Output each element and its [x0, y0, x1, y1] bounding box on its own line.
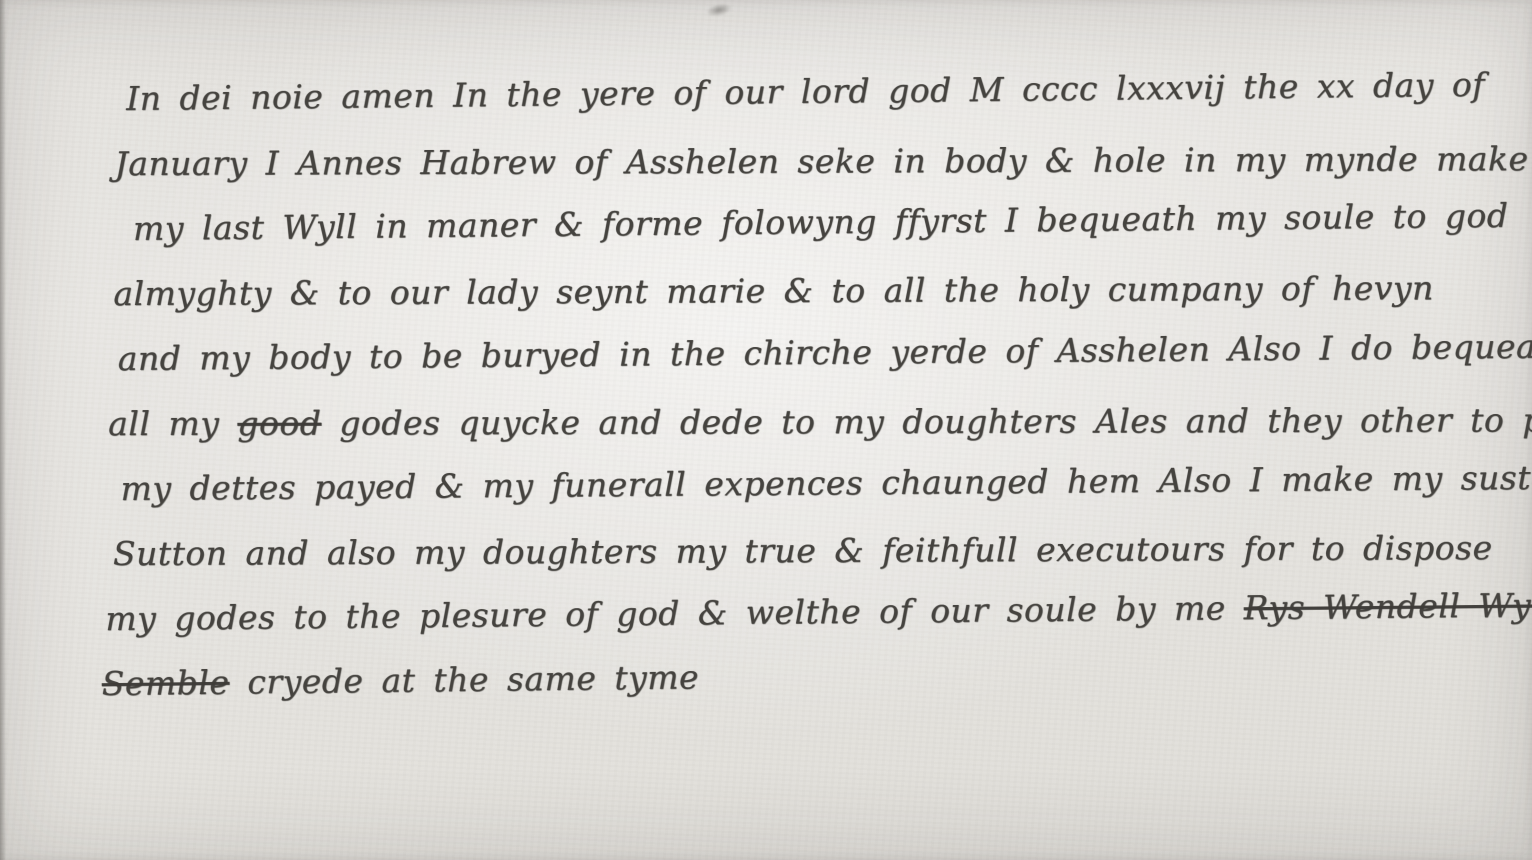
handwritten-text: my godes to the plesure of god & welthe … [105, 588, 1244, 638]
manuscript-line: all my good godes quycke and dede to my … [108, 388, 1452, 457]
manuscript-line-text: my godes to the plesure of god & welthe … [105, 572, 1532, 651]
manuscript-line-text: In dei noie amen In the yere of our lord… [126, 52, 1485, 131]
handwritten-text: my last Wyll in maner & forme folowyng f… [133, 196, 1509, 248]
manuscript-line: my dettes payed & my funerall expences c… [120, 446, 1432, 521]
scanned-manuscript-page: In dei noie amen In the yere of our lord… [0, 0, 1532, 860]
handwritten-text: my dettes payed & my funerall expences c… [120, 458, 1532, 508]
handwritten-text: all my [108, 404, 237, 443]
manuscript-line-text: my last Wyll in maner & forme folowyng f… [133, 183, 1509, 261]
manuscript-line: my last Wyll in maner & forme folowyng f… [133, 184, 1430, 261]
page-edge-shadow [0, 0, 6, 860]
handwritten-text: cryede at the same tyme [229, 657, 699, 701]
manuscript-line: In dei noie amen In the yere of our lord… [126, 52, 1439, 131]
handwritten-text: almyghty & to our lady seynt marie & to … [113, 268, 1434, 313]
manuscript-line-text: and my body to be buryed in the chirche … [118, 313, 1532, 391]
manuscript-line: Semble cryede at the same tyme [101, 644, 742, 716]
manuscript-line: almyghty & to our lady seynt marie & to … [113, 256, 1375, 327]
ink-smudge [705, 1, 733, 18]
manuscript-text-block: In dei noie amen In the yere of our lord… [102, 58, 1466, 716]
manuscript-line: my godes to the plesure of god & welthe … [105, 573, 1452, 651]
struck-out-text: Rys Wendell Wyn [1244, 585, 1532, 627]
manuscript-line-text: Semble cryede at the same tyme [102, 657, 700, 703]
handwritten-text: godes quycke and dede to my doughters Al… [321, 400, 1532, 442]
handwritten-text: In dei noie amen In the yere of our lord… [126, 65, 1485, 118]
handwritten-text: Sutton and also my doughters my true & f… [113, 528, 1493, 573]
manuscript-line: and my body to be buryed in the chirche … [118, 315, 1441, 392]
handwritten-text: and my body to be buryed in the chirche … [118, 326, 1532, 378]
handwritten-text: January I Annes Habrew of Asshelen seke … [115, 139, 1529, 183]
struck-out-text: Semble [102, 663, 230, 703]
struck-out-text: good [237, 404, 321, 443]
manuscript-line-text: my dettes payed & my funerall expences c… [120, 445, 1532, 521]
